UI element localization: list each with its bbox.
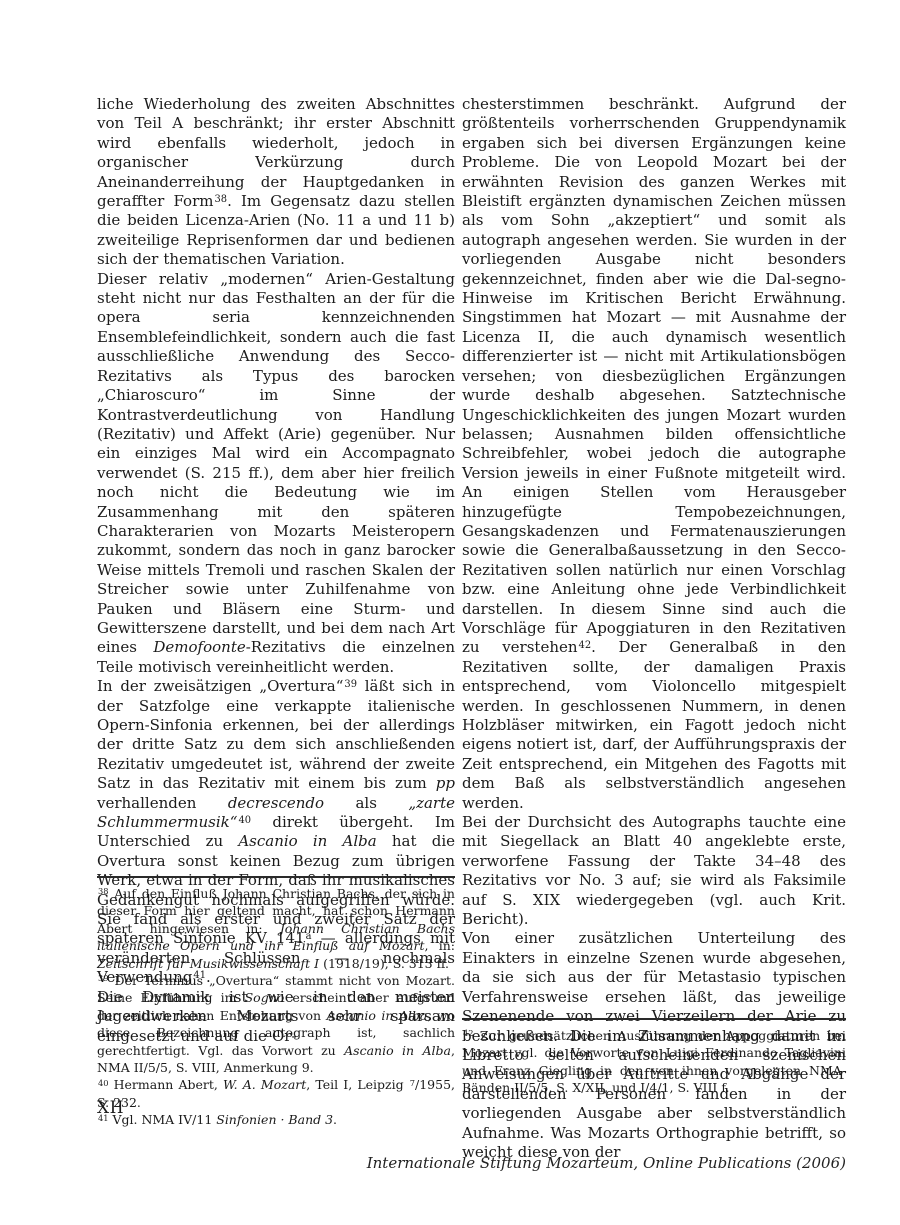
- footnote: 42 Zur grundsätzlichen Ausführung der Ap…: [462, 1027, 846, 1097]
- paragraph: Bei der Durchsicht des Autographs taucht…: [462, 813, 846, 929]
- credit-line: Internationale Stiftung Mozarteum, Onlin…: [367, 1154, 846, 1172]
- footnote-rule: [97, 876, 455, 878]
- page-number: XII: [97, 1098, 124, 1118]
- right-footnote-block: 42 Zur grundsätzlichen Ausführung der Ap…: [462, 1018, 846, 1097]
- document-page: liche Wiederholung des zweiten Abschnitt…: [0, 0, 900, 1225]
- paragraph: chesterstimmen beschränkt. Aufgrund der …: [462, 95, 846, 813]
- paragraph: liche Wiederholung des zweiten Abschnitt…: [97, 95, 455, 270]
- paragraph: Dieser relativ „modernen“ Arien-Gestaltu…: [97, 270, 455, 678]
- footnote: 39 Der Terminus „Overtura“ stammt nicht …: [97, 972, 455, 1076]
- left-footnote-block: 38 Auf den Einfluß Johann Christian Bach…: [97, 876, 455, 1129]
- footnote: 38 Auf den Einfluß Johann Christian Bach…: [97, 885, 455, 972]
- right-footnotes: 42 Zur grundsätzlichen Ausführung der Ap…: [462, 1027, 846, 1097]
- left-footnotes: 38 Auf den Einfluß Johann Christian Bach…: [97, 885, 455, 1129]
- footnote-rule: [462, 1018, 846, 1020]
- footnote: 40 Hermann Abert, W. A. Mozart, Teil I, …: [97, 1076, 455, 1111]
- footnote: 41 Vgl. NMA IV/11 Sinfonien · Band 3.: [97, 1111, 455, 1128]
- right-column: chesterstimmen beschränkt. Aufgrund der …: [462, 95, 846, 1162]
